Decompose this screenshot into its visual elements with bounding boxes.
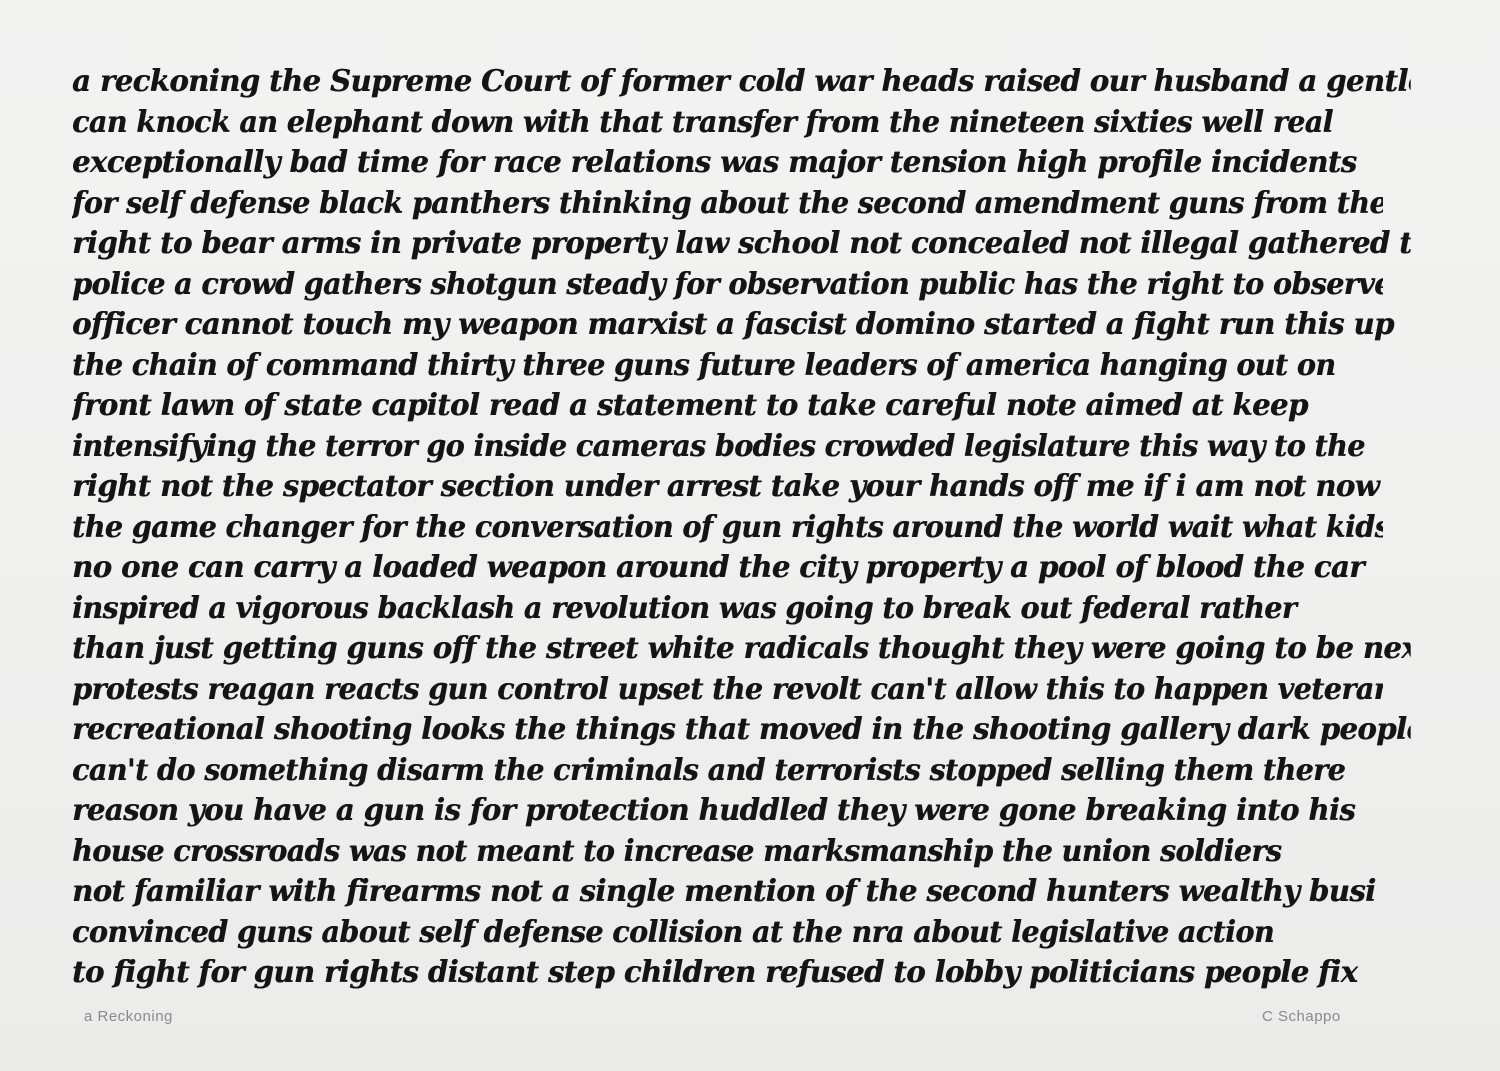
handwritten-line: officer cannot touch my weapon marxist a… [72, 305, 1411, 346]
handwritten-line: protests reagan reacts gun control upset… [72, 670, 1383, 711]
handwritten-line: recreational shooting looks the things t… [72, 710, 1411, 751]
handwritten-line: exceptionally bad time for race relation… [72, 143, 1411, 184]
handwritten-text-block: a reckoning the Supreme Court of former … [72, 62, 1452, 994]
handwritten-line: house crossroads was not meant to increa… [72, 832, 1383, 873]
handwritten-line: not familiar with firearms not a single … [72, 872, 1411, 913]
handwritten-line: for self defense black panthers thinking… [72, 184, 1383, 225]
handwritten-line: right not the spectator section under ar… [72, 467, 1411, 508]
handwritten-line: no one can carry a loaded weapon around … [72, 548, 1411, 589]
handwritten-line: intensifying the terror go inside camera… [72, 427, 1383, 468]
handwritten-line: reason you have a gun is for protection … [72, 791, 1411, 832]
handwritten-line: than just getting guns off the street wh… [72, 629, 1411, 670]
handwritten-line: the chain of command thirty three guns f… [72, 346, 1383, 387]
handwritten-line: inspired a vigorous backlash a revolutio… [72, 589, 1383, 630]
handwritten-line: front lawn of state capitol read a state… [72, 386, 1411, 427]
handwritten-line: a reckoning the Supreme Court of former … [72, 62, 1411, 103]
handwritten-line: can't do something disarm the criminals … [72, 751, 1383, 792]
handwritten-line: right to bear arms in private property l… [72, 224, 1411, 265]
handwritten-line: to fight for gun rights distant step chi… [72, 953, 1411, 994]
artist-signature: C Schappo [1262, 1008, 1341, 1025]
handwritten-line: can knock an elephant down with that tra… [72, 103, 1383, 144]
handwritten-line: the game changer for the conversation of… [72, 508, 1383, 549]
handwritten-line: police a crowd gathers shotgun steady fo… [72, 265, 1383, 306]
artwork-title: a Reckoning [84, 1008, 173, 1025]
handwritten-line: convinced guns about self defense collis… [72, 913, 1383, 954]
